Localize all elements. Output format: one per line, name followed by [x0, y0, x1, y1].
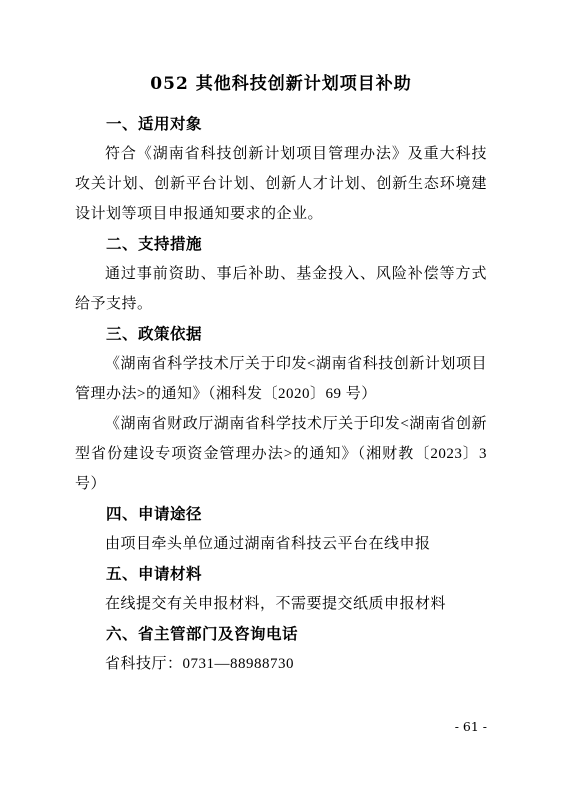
- paragraph: 由项目牵头单位通过湖南省科技云平台在线申报: [75, 529, 487, 559]
- paragraph: 《湖南省财政厅湖南省科学技术厅关于印发<湖南省创新型省份建设专项资金管理办法>的…: [75, 409, 487, 499]
- document-content: 052 其他科技创新计划项目补助 一、适用对象 符合《湖南省科技创新计划项目管理…: [75, 72, 487, 679]
- page-number: - 61 -: [455, 719, 487, 735]
- section-support-measures: 二、支持措施 通过事前资助、事后补助、基金投入、风险补偿等方式给予支持。: [75, 229, 487, 319]
- section-application-channel: 四、申请途径 由项目牵头单位通过湖南省科技云平台在线申报: [75, 499, 487, 559]
- section-heading-support-measures: 二、支持措施: [75, 229, 487, 259]
- section-heading-application-materials: 五、申请材料: [75, 559, 487, 589]
- document-title: 052 其他科技创新计划项目补助: [75, 72, 487, 96]
- section-heading-policy-basis: 三、政策依据: [75, 319, 487, 349]
- paragraph: 《湖南省科学技术厅关于印发<湖南省科技创新计划项目管理办法>的通知》（湘科发〔2…: [75, 349, 487, 409]
- paragraph: 通过事前资助、事后补助、基金投入、风险补偿等方式给予支持。: [75, 259, 487, 319]
- section-contact: 六、省主管部门及咨询电话 省科技厅：0731—88988730: [75, 619, 487, 679]
- section-heading-contact: 六、省主管部门及咨询电话: [75, 619, 487, 649]
- contact-phone-line: 省科技厅：0731—88988730: [75, 649, 487, 679]
- section-policy-basis: 三、政策依据 《湖南省科学技术厅关于印发<湖南省科技创新计划项目管理办法>的通知…: [75, 319, 487, 499]
- paragraph: 在线提交有关申报材料，不需要提交纸质申报材料: [75, 589, 487, 619]
- document-page: 052 其他科技创新计划项目补助 一、适用对象 符合《湖南省科技创新计划项目管理…: [0, 0, 561, 793]
- section-applicable-targets: 一、适用对象 符合《湖南省科技创新计划项目管理办法》及重大科技攻关计划、创新平台…: [75, 109, 487, 229]
- section-heading-applicable-targets: 一、适用对象: [75, 109, 487, 139]
- section-heading-application-channel: 四、申请途径: [75, 499, 487, 529]
- paragraph: 符合《湖南省科技创新计划项目管理办法》及重大科技攻关计划、创新平台计划、创新人才…: [75, 139, 487, 229]
- section-application-materials: 五、申请材料 在线提交有关申报材料，不需要提交纸质申报材料: [75, 559, 487, 619]
